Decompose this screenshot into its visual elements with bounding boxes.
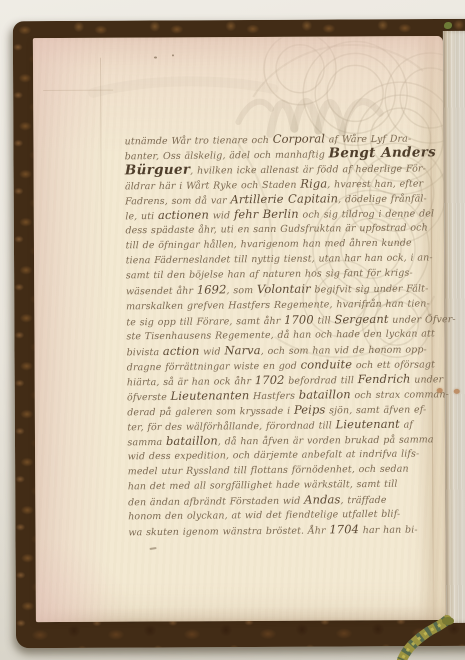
ink-speck — [149, 547, 156, 550]
manuscript-page: utnämde Wår tro tienare och Corporal af … — [33, 36, 446, 622]
manuscript-line: wa skuten igenom wänstra bröstet. Åhr 17… — [128, 521, 452, 539]
bookmark-ribbon — [385, 600, 465, 660]
manuscript-line: medel utur Ryssland till flottans förnöd… — [128, 461, 452, 479]
book-cover: utnämde Wår tro tienare och Corporal af … — [13, 19, 465, 648]
manuscript-text: utnämde Wår tro tienare och Corporal af … — [124, 130, 452, 539]
photo-background: utnämde Wår tro tienare och Corporal af … — [0, 0, 465, 660]
foxing-spot — [454, 389, 460, 394]
foxing-spot — [437, 388, 443, 393]
ribbon-tip — [444, 22, 452, 29]
ink-speck — [154, 56, 157, 58]
ink-speck — [172, 54, 174, 56]
